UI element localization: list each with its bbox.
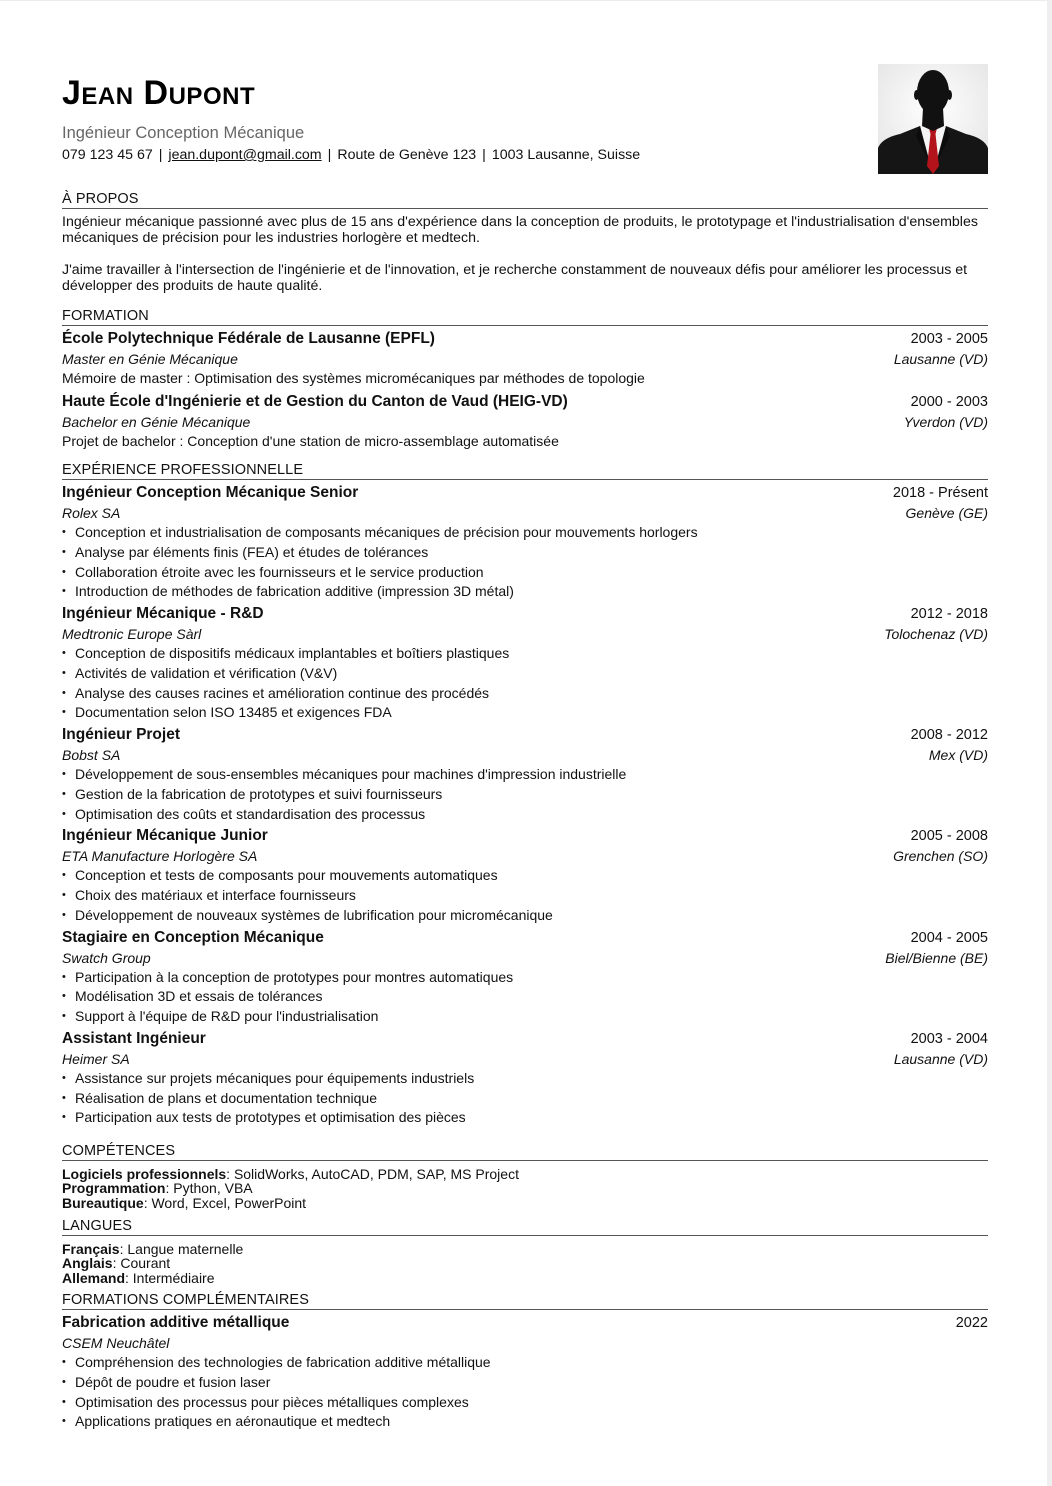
phone: 079 123 45 67 <box>62 147 153 163</box>
education-note: Projet de bachelor : Conception d'une st… <box>62 432 988 452</box>
job-location: Grenchen (SO) <box>893 846 988 866</box>
first-name: Jean <box>62 74 134 112</box>
language-label: Allemand <box>62 1270 125 1286</box>
bullet-item: Conception de dispositifs médicaux impla… <box>62 644 988 664</box>
job-role: Stagiaire en Conception Mécanique <box>62 928 324 948</box>
city: 1003 Lausanne, Suisse <box>492 147 640 163</box>
bullet-item: Conception et tests de composants pour m… <box>62 866 988 886</box>
skill-value: SolidWorks, AutoCAD, PDM, SAP, MS Projec… <box>234 1166 519 1182</box>
bullet-item: Support à l'équipe de R&D pour l'industr… <box>62 1007 988 1027</box>
education-note: Mémoire de master : Optimisation des sys… <box>62 369 988 389</box>
job-bullets: Conception et industrialisation de compo… <box>62 523 988 602</box>
section-title-skills: Compétences <box>62 1143 988 1161</box>
skill-label: Bureautique <box>62 1195 144 1211</box>
skill-row: Bureautique: Word, Excel, PowerPoint <box>62 1196 988 1210</box>
bullet-item: Activités de validation et vérification … <box>62 664 988 684</box>
education-item: Haute École d'Ingénierie et de Gestion d… <box>62 392 988 452</box>
degree: Master en Génie Mécanique <box>62 349 238 369</box>
company-name: Heimer SA <box>62 1049 130 1069</box>
profile-silhouette-icon <box>878 64 988 174</box>
bullet-item: Compréhension des technologies de fabric… <box>62 1353 988 1373</box>
bullet-item: Analyse par éléments finis (FEA) et étud… <box>62 543 988 563</box>
last-name: Dupont <box>144 74 256 112</box>
bullet-item: Modélisation 3D et essais de tolérances <box>62 987 988 1007</box>
training-year: 2022 <box>956 1313 988 1333</box>
language-row: Allemand: Intermédiaire <box>62 1271 988 1285</box>
job-location: Mex (VD) <box>929 745 988 765</box>
skills-section: Compétences Logiciels professionnels: So… <box>62 1143 988 1210</box>
languages-list: Français: Langue maternelle Anglais: Cou… <box>62 1242 988 1285</box>
bullet-item: Applications pratiques en aéronautique e… <box>62 1412 988 1432</box>
job-dates: 2004 - 2005 <box>911 928 988 948</box>
company-name: Swatch Group <box>62 948 151 968</box>
job-role: Ingénieur Mécanique Junior <box>62 826 268 846</box>
bullet-item: Analyse des causes racines et améliorati… <box>62 684 988 704</box>
experience-list: Ingénieur Conception Mécanique Senior201… <box>62 483 988 1128</box>
section-title-experience: Expérience professionnelle <box>62 462 988 480</box>
bullet-item: Participation à la conception de prototy… <box>62 968 988 988</box>
profile-photo <box>878 64 988 174</box>
education-location: Lausanne (VD) <box>894 349 988 369</box>
bullet-item: Documentation selon ISO 13485 et exigenc… <box>62 703 988 723</box>
bullet-item: Gestion de la fabrication de prototypes … <box>62 785 988 805</box>
language-level: Intermédiaire <box>133 1270 215 1286</box>
separator: | <box>482 147 486 163</box>
section-title-education: Formation <box>62 308 988 326</box>
bullet-item: Assistance sur projets mécaniques pour é… <box>62 1069 988 1089</box>
education-section: Formation École Polytechnique Fédérale d… <box>62 308 988 451</box>
separator: | <box>328 147 332 163</box>
experience-item: Ingénieur Projet2008 - 2012Bobst SAMex (… <box>62 725 988 824</box>
school-name: Haute École d'Ingénierie et de Gestion d… <box>62 392 568 412</box>
skills-list: Logiciels professionnels: SolidWorks, Au… <box>62 1167 988 1210</box>
bullet-item: Introduction de méthodes de fabrication … <box>62 582 988 602</box>
email-link[interactable]: jean.dupont@gmail.com <box>168 147 321 163</box>
experience-item: Ingénieur Conception Mécanique Senior201… <box>62 483 988 602</box>
job-bullets: Conception de dispositifs médicaux impla… <box>62 644 988 723</box>
training-institution: CSEM Neuchâtel <box>62 1333 988 1353</box>
about-section: À propos Ingénieur mécanique passionné a… <box>62 191 988 294</box>
job-role: Ingénieur Projet <box>62 725 180 745</box>
contact-line: 079 123 45 67|jean.dupont@gmail.com|Rout… <box>62 146 640 164</box>
job-bullets: Développement de sous-ensembles mécaniqu… <box>62 765 988 824</box>
street: Route de Genève 123 <box>337 147 476 163</box>
education-dates: 2000 - 2003 <box>911 392 988 412</box>
bullet-item: Optimisation des processus pour pièces m… <box>62 1393 988 1413</box>
section-title-about: À propos <box>62 191 988 209</box>
education-location: Yverdon (VD) <box>904 412 988 432</box>
candidate-name: Jean Dupont <box>62 73 255 113</box>
company-name: ETA Manufacture Horlogère SA <box>62 846 257 866</box>
bullet-item: Collaboration étroite avec les fournisse… <box>62 563 988 583</box>
skill-row: Logiciels professionnels: SolidWorks, Au… <box>62 1167 988 1181</box>
bullet-item: Développement de nouveaux systèmes de lu… <box>62 906 988 926</box>
school-name: École Polytechnique Fédérale de Lausanne… <box>62 329 435 349</box>
skill-value: Word, Excel, PowerPoint <box>151 1195 306 1211</box>
bullet-item: Développement de sous-ensembles mécaniqu… <box>62 765 988 785</box>
job-title: Ingénieur Conception Mécanique <box>62 123 304 143</box>
education-item: École Polytechnique Fédérale de Lausanne… <box>62 329 988 389</box>
section-title-training: Formations complémentaires <box>62 1292 988 1310</box>
company-name: Rolex SA <box>62 503 120 523</box>
job-location: Biel/Bienne (BE) <box>885 948 988 968</box>
experience-item: Ingénieur Mécanique - R&D2012 - 2018Medt… <box>62 604 988 723</box>
skill-row: Programmation: Python, VBA <box>62 1181 988 1195</box>
job-location: Lausanne (VD) <box>894 1049 988 1069</box>
job-dates: 2005 - 2008 <box>911 826 988 846</box>
job-dates: 2012 - 2018 <box>911 604 988 624</box>
about-paragraph: Ingénieur mécanique passionné avec plus … <box>62 214 988 246</box>
job-bullets: Participation à la conception de prototy… <box>62 968 988 1027</box>
job-dates: 2003 - 2004 <box>911 1029 988 1049</box>
bullet-item: Réalisation de plans et documentation te… <box>62 1089 988 1109</box>
company-name: Bobst SA <box>62 745 120 765</box>
section-title-languages: Langues <box>62 1218 988 1236</box>
training-item: Fabrication additive métallique 2022 CSE… <box>62 1313 988 1432</box>
training-title: Fabrication additive métallique <box>62 1313 289 1333</box>
training-section: Formations complémentaires Fabrication a… <box>62 1292 988 1432</box>
job-dates: 2008 - 2012 <box>911 725 988 745</box>
language-row: Anglais: Courant <box>62 1256 988 1270</box>
education-dates: 2003 - 2005 <box>911 329 988 349</box>
job-dates: 2018 - Présent <box>893 483 988 503</box>
experience-item: Ingénieur Mécanique Junior2005 - 2008ETA… <box>62 826 988 925</box>
languages-section: Langues Français: Langue maternelle Angl… <box>62 1218 988 1285</box>
bullet-item: Participation aux tests de prototypes et… <box>62 1108 988 1128</box>
experience-item: Stagiaire en Conception Mécanique2004 - … <box>62 928 988 1027</box>
bullet-item: Optimisation des coûts et standardisatio… <box>62 805 988 825</box>
bullet-item: Choix des matériaux et interface fournis… <box>62 886 988 906</box>
job-bullets: Conception et tests de composants pour m… <box>62 866 988 925</box>
experience-item: Assistant Ingénieur2003 - 2004Heimer SAL… <box>62 1029 988 1128</box>
company-name: Medtronic Europe Sàrl <box>62 624 201 644</box>
separator: | <box>159 147 163 163</box>
language-row: Français: Langue maternelle <box>62 1242 988 1256</box>
training-bullets: Compréhension des technologies de fabric… <box>62 1353 988 1432</box>
job-bullets: Assistance sur projets mécaniques pour é… <box>62 1069 988 1128</box>
resume-page: Jean Dupont Ingénieur Conception Mécaniq… <box>0 0 1052 1486</box>
bullet-item: Conception et industrialisation de compo… <box>62 523 988 543</box>
degree: Bachelor en Génie Mécanique <box>62 412 250 432</box>
experience-section: Expérience professionnelle Ingénieur Con… <box>62 462 988 1128</box>
job-role: Ingénieur Conception Mécanique Senior <box>62 483 358 503</box>
job-role: Ingénieur Mécanique - R&D <box>62 604 264 624</box>
job-role: Assistant Ingénieur <box>62 1029 206 1049</box>
job-location: Genève (GE) <box>906 503 988 523</box>
bullet-item: Dépôt de poudre et fusion laser <box>62 1373 988 1393</box>
about-paragraph: J'aime travailler à l'intersection de l'… <box>62 262 988 294</box>
job-location: Tolochenaz (VD) <box>884 624 988 644</box>
